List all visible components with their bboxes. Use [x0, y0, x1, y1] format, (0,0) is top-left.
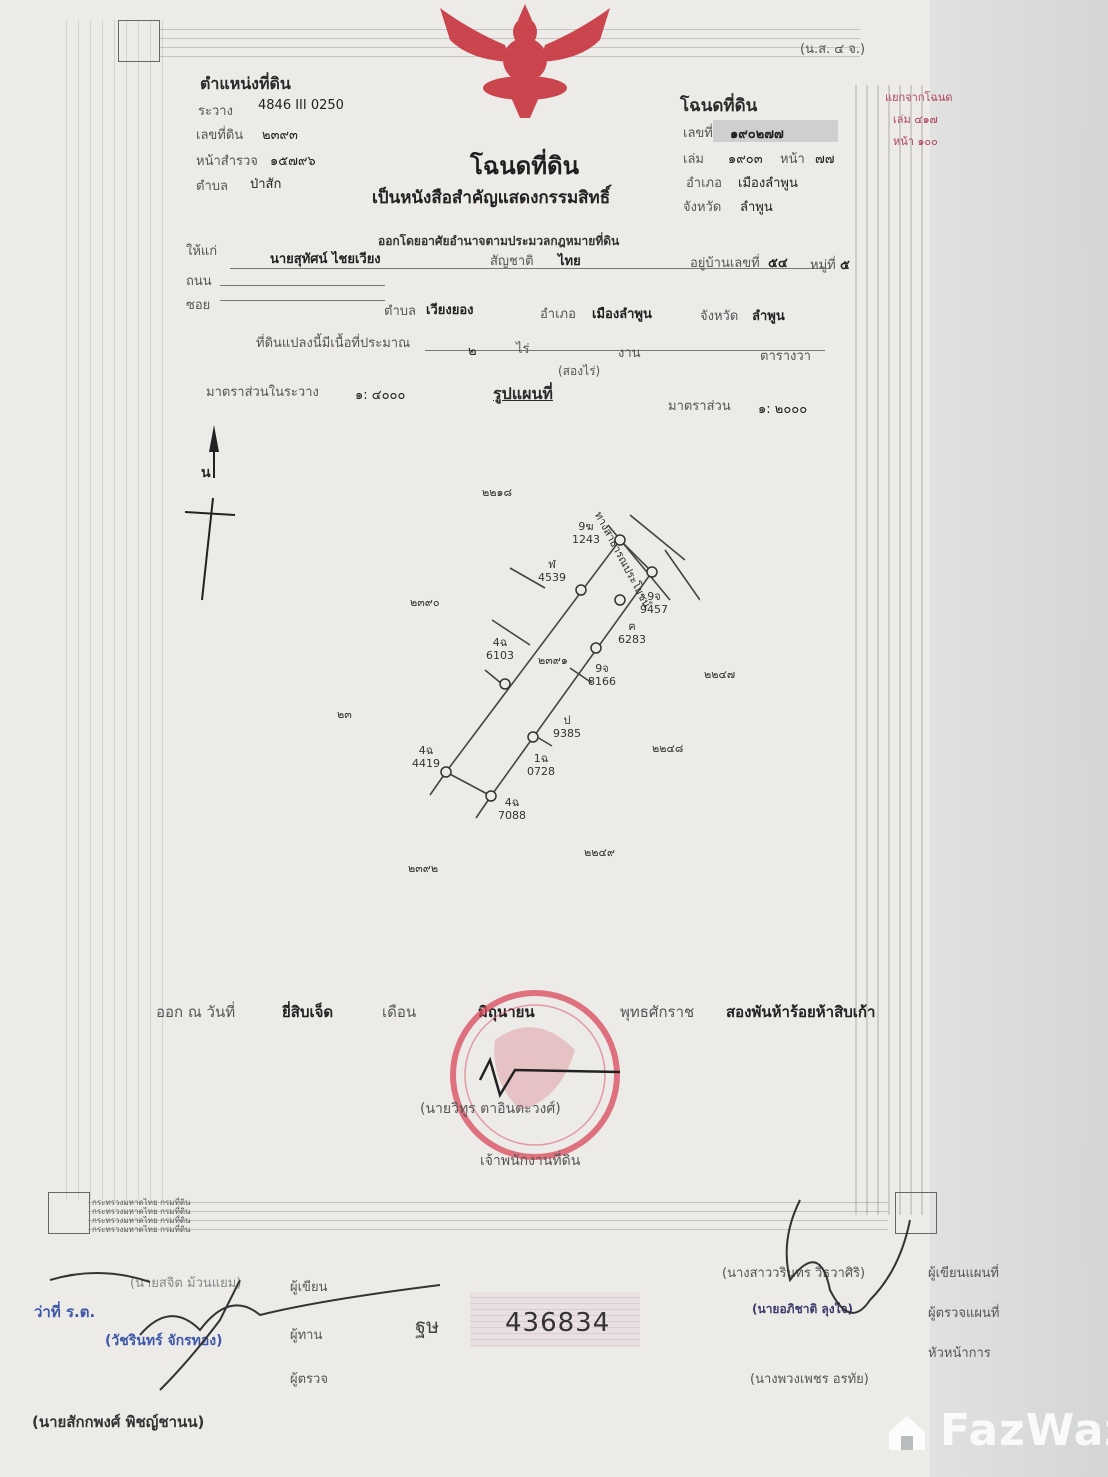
month-label: เดือน [382, 1000, 416, 1024]
area-label: ที่ดินแปลงนี้มีเนื้อที่ประมาณ [256, 332, 410, 353]
deed-number-label: เลขที่ [683, 122, 713, 143]
wa-label: ตารางวา [760, 345, 811, 366]
handwritten-signature [40, 1260, 440, 1400]
neighbor-parcel: ๒๒๑๘ [482, 486, 512, 499]
split-note-line1: แยกจากโฉนด [885, 88, 953, 106]
subdistrict-value: ป่าสัก [250, 173, 281, 194]
moo-value: ๕ [840, 254, 850, 275]
owner-district-value: เมืองลำพูน [592, 303, 652, 324]
head-name: (นางพวงเพชร อรทัย) [750, 1368, 869, 1389]
parcel-map [380, 500, 700, 840]
house-no-value: ๕๔ [768, 252, 788, 273]
marker-code: 4ฉ [412, 744, 440, 757]
neighbor-parcel: ๒๓๙๑ [538, 654, 568, 667]
issue-prefix: ออก ณ วันที่ [156, 1000, 235, 1024]
map-title: รูปแผนที่ [493, 382, 553, 407]
neighbor-parcel: ๒๒๔๗ [704, 668, 735, 681]
owner-district-label: อำเภอ [540, 303, 576, 324]
officer-title: เจ้าพนักงานที่ดิน [480, 1150, 580, 1172]
security-pattern-right [850, 85, 930, 1215]
marker-number: 4419 [412, 757, 440, 770]
officer-name: (นายวิทูร ตาอินตะวงศ์) [420, 1098, 561, 1120]
sheet-label: ระวาง [198, 100, 233, 121]
book-value: ๑๙๐๓ [728, 148, 763, 169]
owner-province-value: ลำพูน [752, 305, 785, 326]
sheet-value: 4846 III 0250 [258, 98, 344, 113]
survey-page-value: ๑๕๗๙๖ [270, 150, 316, 171]
corner-ornament-icon [48, 1192, 90, 1234]
owner-name: นายสุทัศน์ ไชยเวียง [270, 248, 381, 269]
split-note-line3: หน้า ๑๐๐ [893, 132, 938, 150]
form-code: (น.ส. ๔ จ.) [800, 38, 865, 59]
survey-page-label: หน้าสำรวจ [196, 150, 258, 171]
parcel-no-value: ๒๓๙๓ [262, 124, 298, 145]
split-note-line2: เล่ม ๔๑๗ [893, 110, 938, 128]
to-label: ให้แก่ [186, 240, 217, 261]
marker-number: 6103 [486, 649, 514, 662]
soi-label: ซอย [186, 294, 210, 315]
deed-number-value: ๑๙๐๒๗๗ [730, 123, 784, 144]
house-no-label: อยู่บ้านเลขที่ [690, 252, 760, 273]
marker-code: 4ฉ [486, 636, 514, 649]
road-label: ถนน [186, 270, 212, 291]
document-title: โฉนดที่ดิน [470, 146, 579, 185]
marker-number: 1243 [572, 533, 600, 546]
fazwaz-logo-icon [885, 1410, 929, 1454]
neighbor-parcel: ๒๓๙๐ [410, 596, 440, 609]
head-role: หัวหน้าการ [928, 1342, 991, 1363]
marker-number: 8166 [588, 675, 616, 688]
subdistrict-label: ตำบล [196, 175, 228, 196]
map-checker-role: ผู้ตรวจแผนที่ [928, 1302, 999, 1323]
marker-code: ฬ [538, 558, 566, 571]
map-scale-value: ๑: ๒๐๐๐ [758, 398, 807, 419]
land-position-heading: ตำแหน่งที่ดิน [200, 72, 291, 97]
north-arrow-icon [180, 420, 250, 610]
area-in-words: (สองไร่) [558, 362, 600, 381]
moo-label: หมู่ที่ [810, 254, 836, 275]
document-subtitle: เป็นหนังสือสำคัญแสดงกรรมสิทธิ์ [372, 184, 610, 211]
area-rai-value: ๒ [468, 340, 477, 361]
rai-label: ไร่ [516, 338, 530, 359]
neighbor-parcel: ๒๓ [337, 708, 352, 721]
marker-code: 4ฉ [498, 796, 526, 809]
issue-year: สองพันห้าร้อยห้าสิบเก้า [726, 1000, 875, 1024]
watermark-text: FazWaz [940, 1405, 1108, 1456]
deed-heading: โฉนดที่ดิน [680, 92, 757, 119]
marker-number: 9385 [553, 727, 581, 740]
district-label: อำเภอ [686, 172, 722, 193]
page-value: ๗๗ [815, 148, 835, 169]
page-label: หน้า [780, 148, 805, 169]
neighbor-parcel: ๒๒๔๙ [584, 846, 615, 859]
province-label: จังหวัด [683, 196, 721, 217]
owner-subdistrict-label: ตำบล [384, 300, 416, 321]
map-writer-role: ผู้เขียนแผนที่ [928, 1262, 999, 1283]
security-text: กระทรวงมหาดไทย กรมที่ดิน กระทรวงมหาดไทย … [92, 1198, 191, 1234]
marker-code: 9ฆ [572, 520, 600, 533]
marker-number: 9457 [640, 603, 668, 616]
marker-code: ฅ [618, 620, 646, 633]
neighbor-parcel: ๒๓๙๒ [408, 862, 438, 875]
nationality-label: สัญชาติ [490, 250, 534, 271]
garuda-emblem-icon [430, 0, 620, 120]
issued-by-text: ออกโดยอาศัยอำนาจตามประมวลกฎหมายที่ดิน [378, 232, 619, 251]
security-pattern-left [60, 20, 170, 1200]
serial-number: 436834 [505, 1308, 610, 1338]
marker-code: 9จ [640, 590, 668, 603]
issue-day: ยี่สิบเจ็ด [282, 1000, 333, 1024]
background-surface [930, 0, 1108, 1477]
marker-code: 1ฉ [527, 752, 555, 765]
marker-number: 6283 [618, 633, 646, 646]
map-scale-label: มาตราส่วน [668, 395, 731, 416]
book-label: เล่ม [683, 148, 704, 169]
marker-code: 9จ [588, 662, 616, 675]
marker-code: ป [553, 714, 581, 727]
owner-subdistrict-value: เวียงยอง [426, 299, 473, 320]
sheet-scale-label: มาตราส่วนในระวาง [206, 381, 319, 402]
year-label: พุทธศักราช [620, 1000, 694, 1024]
neighbor-parcel: ๒๒๔๘ [652, 742, 683, 755]
province-value: ลำพูน [740, 196, 773, 217]
owner-province-label: จังหวัด [700, 305, 738, 326]
marker-number: 0728 [527, 765, 555, 778]
handwritten-signature [740, 1180, 920, 1360]
marker-number: 4539 [538, 571, 566, 584]
north-label: น [201, 462, 211, 484]
parcel-no-label: เลขที่ดิน [196, 124, 243, 145]
marker-number: 7088 [498, 809, 526, 822]
nationality-value: ไทย [558, 250, 581, 271]
checker-name: (นายสักกพงศ์ พิชญ์ชานน) [32, 1410, 204, 1434]
corner-ornament-icon [118, 20, 160, 62]
district-value: เมืองลำพูน [738, 172, 798, 193]
ngan-label: งาน [618, 342, 641, 363]
sheet-scale-value: ๑: ๔๐๐๐ [355, 384, 405, 405]
serial-prefix: ฐษ [415, 1310, 439, 1342]
